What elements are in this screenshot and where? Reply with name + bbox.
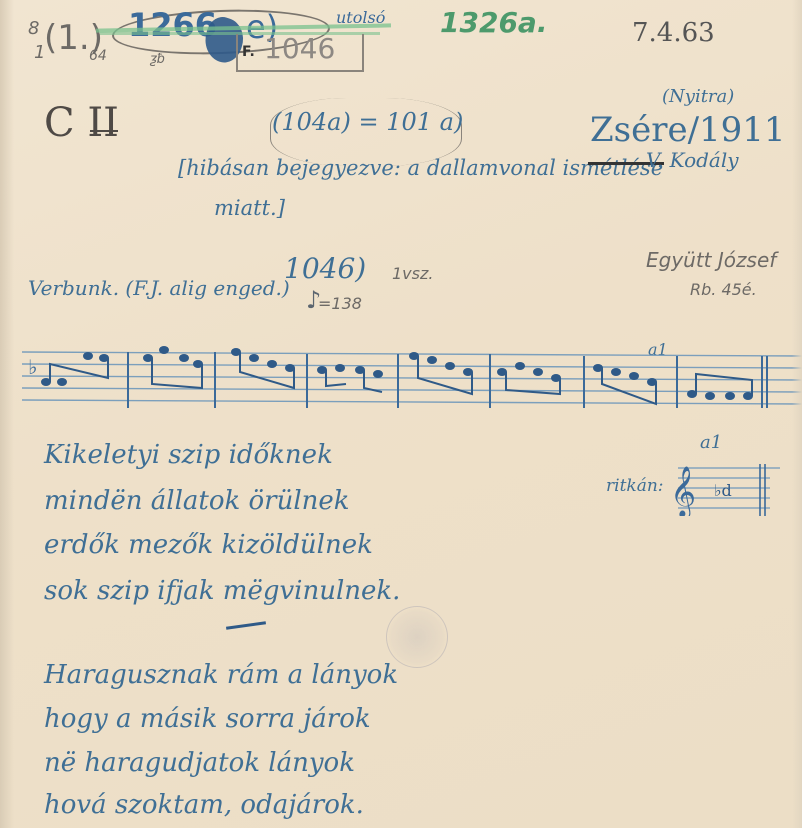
place-name: Zsére (590, 110, 688, 150)
svg-text:♭: ♭ (28, 355, 37, 379)
variant-section: a1 (700, 432, 722, 453)
equation: (104a) = 101 a) (272, 108, 463, 136)
type-code-underline (90, 130, 118, 132)
correction-note-line1: [hibásan bejegyezve: a dallamvonal ismét… (178, 156, 663, 180)
region: (Nyitra) (662, 86, 734, 107)
lyric-line: në haragudjatok lányok (44, 748, 355, 778)
reference-number: 1046 (264, 32, 335, 65)
crossed-number: 1266 (128, 6, 217, 44)
stanza-separator (226, 621, 266, 630)
music-staff: ♭ (22, 344, 802, 408)
catalog-number: 1326a. (440, 6, 547, 39)
variant-staff: 𝄞 ♭d (670, 456, 780, 516)
lyric-line: Kikeletyi szip időknek (44, 440, 333, 470)
genre-label: Verbunk. (F.J. alig enged.) (28, 276, 290, 300)
reference-prefix: F. (242, 44, 255, 60)
staff-notation-icon: ♭ (22, 344, 802, 408)
informant-name: Együtt József (646, 248, 776, 272)
metronome: =138 (318, 294, 362, 313)
manuscript-page: 8 1 (1.) 64 ƺƀ 1266 e) utolsó F. 1046 13… (0, 0, 802, 828)
shelf-number-8: 8 (28, 18, 39, 39)
lyric-line: Haragusznak rám a lányok (44, 660, 398, 690)
variant-label: ritkán: (606, 476, 664, 496)
treble-clef-staff-icon: 𝄞 ♭d (670, 456, 780, 516)
place-year: Zsére/1911 (590, 110, 786, 150)
informant-age: Rb. 45é. (690, 280, 757, 299)
svg-text:𝄞: 𝄞 (670, 466, 696, 516)
sub-number: 64 (89, 48, 107, 64)
small-scribble: ƺƀ (150, 52, 165, 67)
type-code: C II (44, 100, 119, 146)
tune-number: 1046) (284, 252, 366, 285)
lyric-line: hová szoktam, odajárok. (44, 790, 364, 820)
lyric-line: sok szip ifjak mëgvinulnek. (44, 576, 400, 606)
collector: V. Kodály (646, 148, 739, 172)
verse-count: 1vsz. (392, 264, 433, 283)
faded-stamp (386, 606, 448, 668)
year: /1911 (688, 110, 786, 150)
lyric-line: mindën állatok örülnek (44, 486, 350, 516)
lyric-line: erdők mezők kizöldülnek (44, 530, 373, 560)
lyric-line: hogy a másik sorra járok (44, 704, 371, 734)
date: 7.4.63 (632, 18, 715, 48)
variant-notes: ♭d (714, 481, 732, 500)
correction-note-line2: miatt.] (214, 196, 285, 220)
